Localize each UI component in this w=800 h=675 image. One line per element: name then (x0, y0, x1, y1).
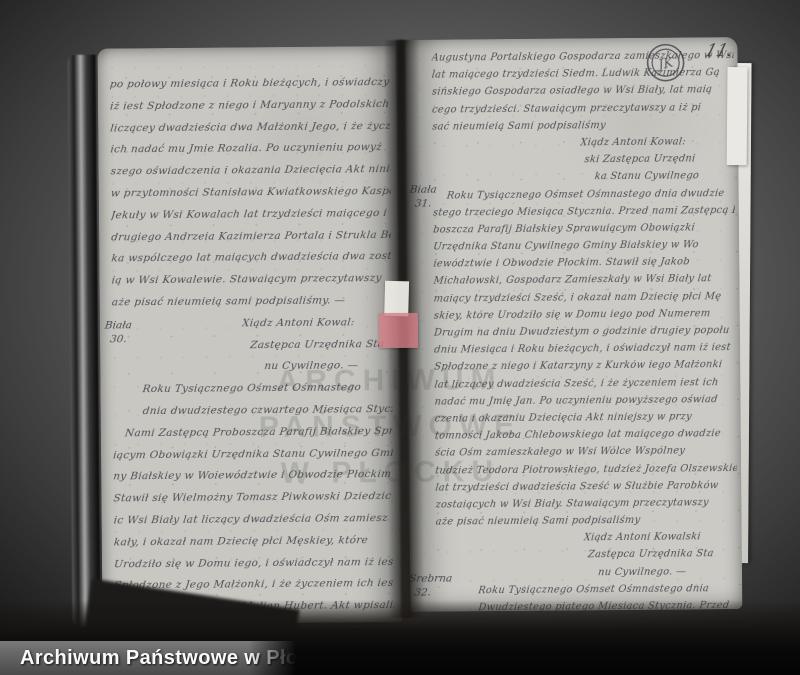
handwriting-line: drugiego Andrzeia Kazimierza Portala i S… (110, 225, 392, 249)
ink-stamp-icon: JK (642, 39, 689, 86)
handwriting-line: ścia Ośm zamieszkałego w Wsi Wólce Wspól… (434, 442, 738, 462)
handwriting-line: ich nadać mu Jmie Rozalia. Po uczynieniu… (110, 137, 392, 161)
handwriting-line: Jekuły w Wsi Kowalach lat trzydzieści ma… (110, 203, 392, 227)
handwriting-line: sińskiego Gospodarza osiadłego w Wsi Bia… (431, 81, 734, 101)
handwriting-line: Roku Tysiącznego Ośmset Ośmnastego dnia … (446, 185, 736, 205)
handwriting-line: ka wspólczego lat maiących dwadzieścia d… (110, 246, 392, 270)
margin-note-place: Biała (104, 318, 133, 332)
handwriting-line: ny Białskiey w Woiewództwie i Obwodzie P… (112, 464, 394, 488)
handwriting-line: Stawił się Wielmożny Tomasz Piwkowski Dz… (112, 486, 394, 510)
handwriting-line: szego oświadczenia i okazania Dziecięcia… (110, 159, 392, 183)
signature-line: Xiądz Antoni Kowalski (583, 528, 739, 547)
book-spine-edge (68, 55, 101, 627)
margin-note-entry-30: Biała 30. (102, 318, 133, 346)
handwriting-line: tudzież Teodora Piotrowskiego, tudzież J… (434, 460, 738, 480)
handwriting-line: Urodziło się w Domu iego, i oświadczył n… (113, 552, 395, 576)
register-book: po połowy miesiąca i Roku bieżących, i o… (0, 0, 800, 675)
handwriting-line: Spłodzone z niego i Katarzyny z Kurków i… (433, 356, 737, 376)
signature-line: Xiądz Antoni Kowal: (579, 133, 735, 152)
margin-note-number: 30. (109, 332, 131, 346)
handwriting-line: Michałowski, Gospodarz Zamieszkały w Wsi… (433, 270, 737, 290)
handwriting-line: Roku Tysiącznego Ośmset Ośmnastego (141, 377, 393, 401)
signature-line: nu Cywilnego. — (263, 355, 393, 378)
right-page-text: Augustyna Portalskiego Gospodarza zamies… (431, 47, 738, 616)
handwriting-line: iącym Obowiązki Urzędnika Stanu Cywilneg… (112, 443, 394, 467)
signature-line: ka Stanu Cywilnego (594, 167, 736, 185)
red-bookmark (379, 313, 418, 348)
signature-line: ski Zastępca Urzędni (583, 150, 735, 169)
page-number: 11. (703, 41, 736, 61)
signature-line: nu Cywilnego. — (597, 563, 738, 581)
handwriting-line: po połowy miesiąca i Roku bieżących, i o… (110, 72, 391, 96)
handwriting-line: ic Wsi Biały lat liczący dwadzieścia Ośm… (112, 508, 394, 532)
white-bookmark (384, 281, 409, 317)
handwriting-line: w przytomności Stanisława Kwiatkowskiego… (110, 181, 392, 205)
left-page-text: po połowy miesiąca i Roku bieżących, i o… (110, 72, 395, 622)
archive-scan-photo: po połowy miesiąca i Roku bieżących, i o… (0, 0, 800, 675)
handwriting-line: Nami Zastępcą Proboszcza Parafij Białski… (124, 421, 394, 445)
handwriting-line: ią w Wsi Kowalewie. Stawaiącym przeczyta… (110, 268, 392, 292)
handwriting-line: liczącey dwadzieścia dwa Małżonki Jego, … (110, 116, 392, 140)
signature-line: Zastępca Urzędnika Sta (249, 334, 393, 357)
handwriting-line: aże pisać nieumieią sami podpisaliśmy. — (110, 290, 392, 314)
signature-line: Zastępca Urzędnika Sta (587, 545, 738, 564)
archive-caption: Archiwum Państwowe w Płocku (0, 647, 334, 670)
handwriting-line: kały, i okazał nam Dziecię płci Męskiey,… (113, 530, 395, 554)
handwriting-line: dnia dwudziestego czwartego Miesiąca Sty… (141, 399, 393, 423)
stamp-monogram: JK (654, 55, 676, 73)
caption-bar: Archiwum Państwowe w Płocku (0, 641, 296, 675)
signature-line: Xiądz Antoni Kowal: (241, 312, 393, 335)
handwriting-line: iż iest Spłodzone z niego i Maryanny z P… (110, 94, 392, 118)
